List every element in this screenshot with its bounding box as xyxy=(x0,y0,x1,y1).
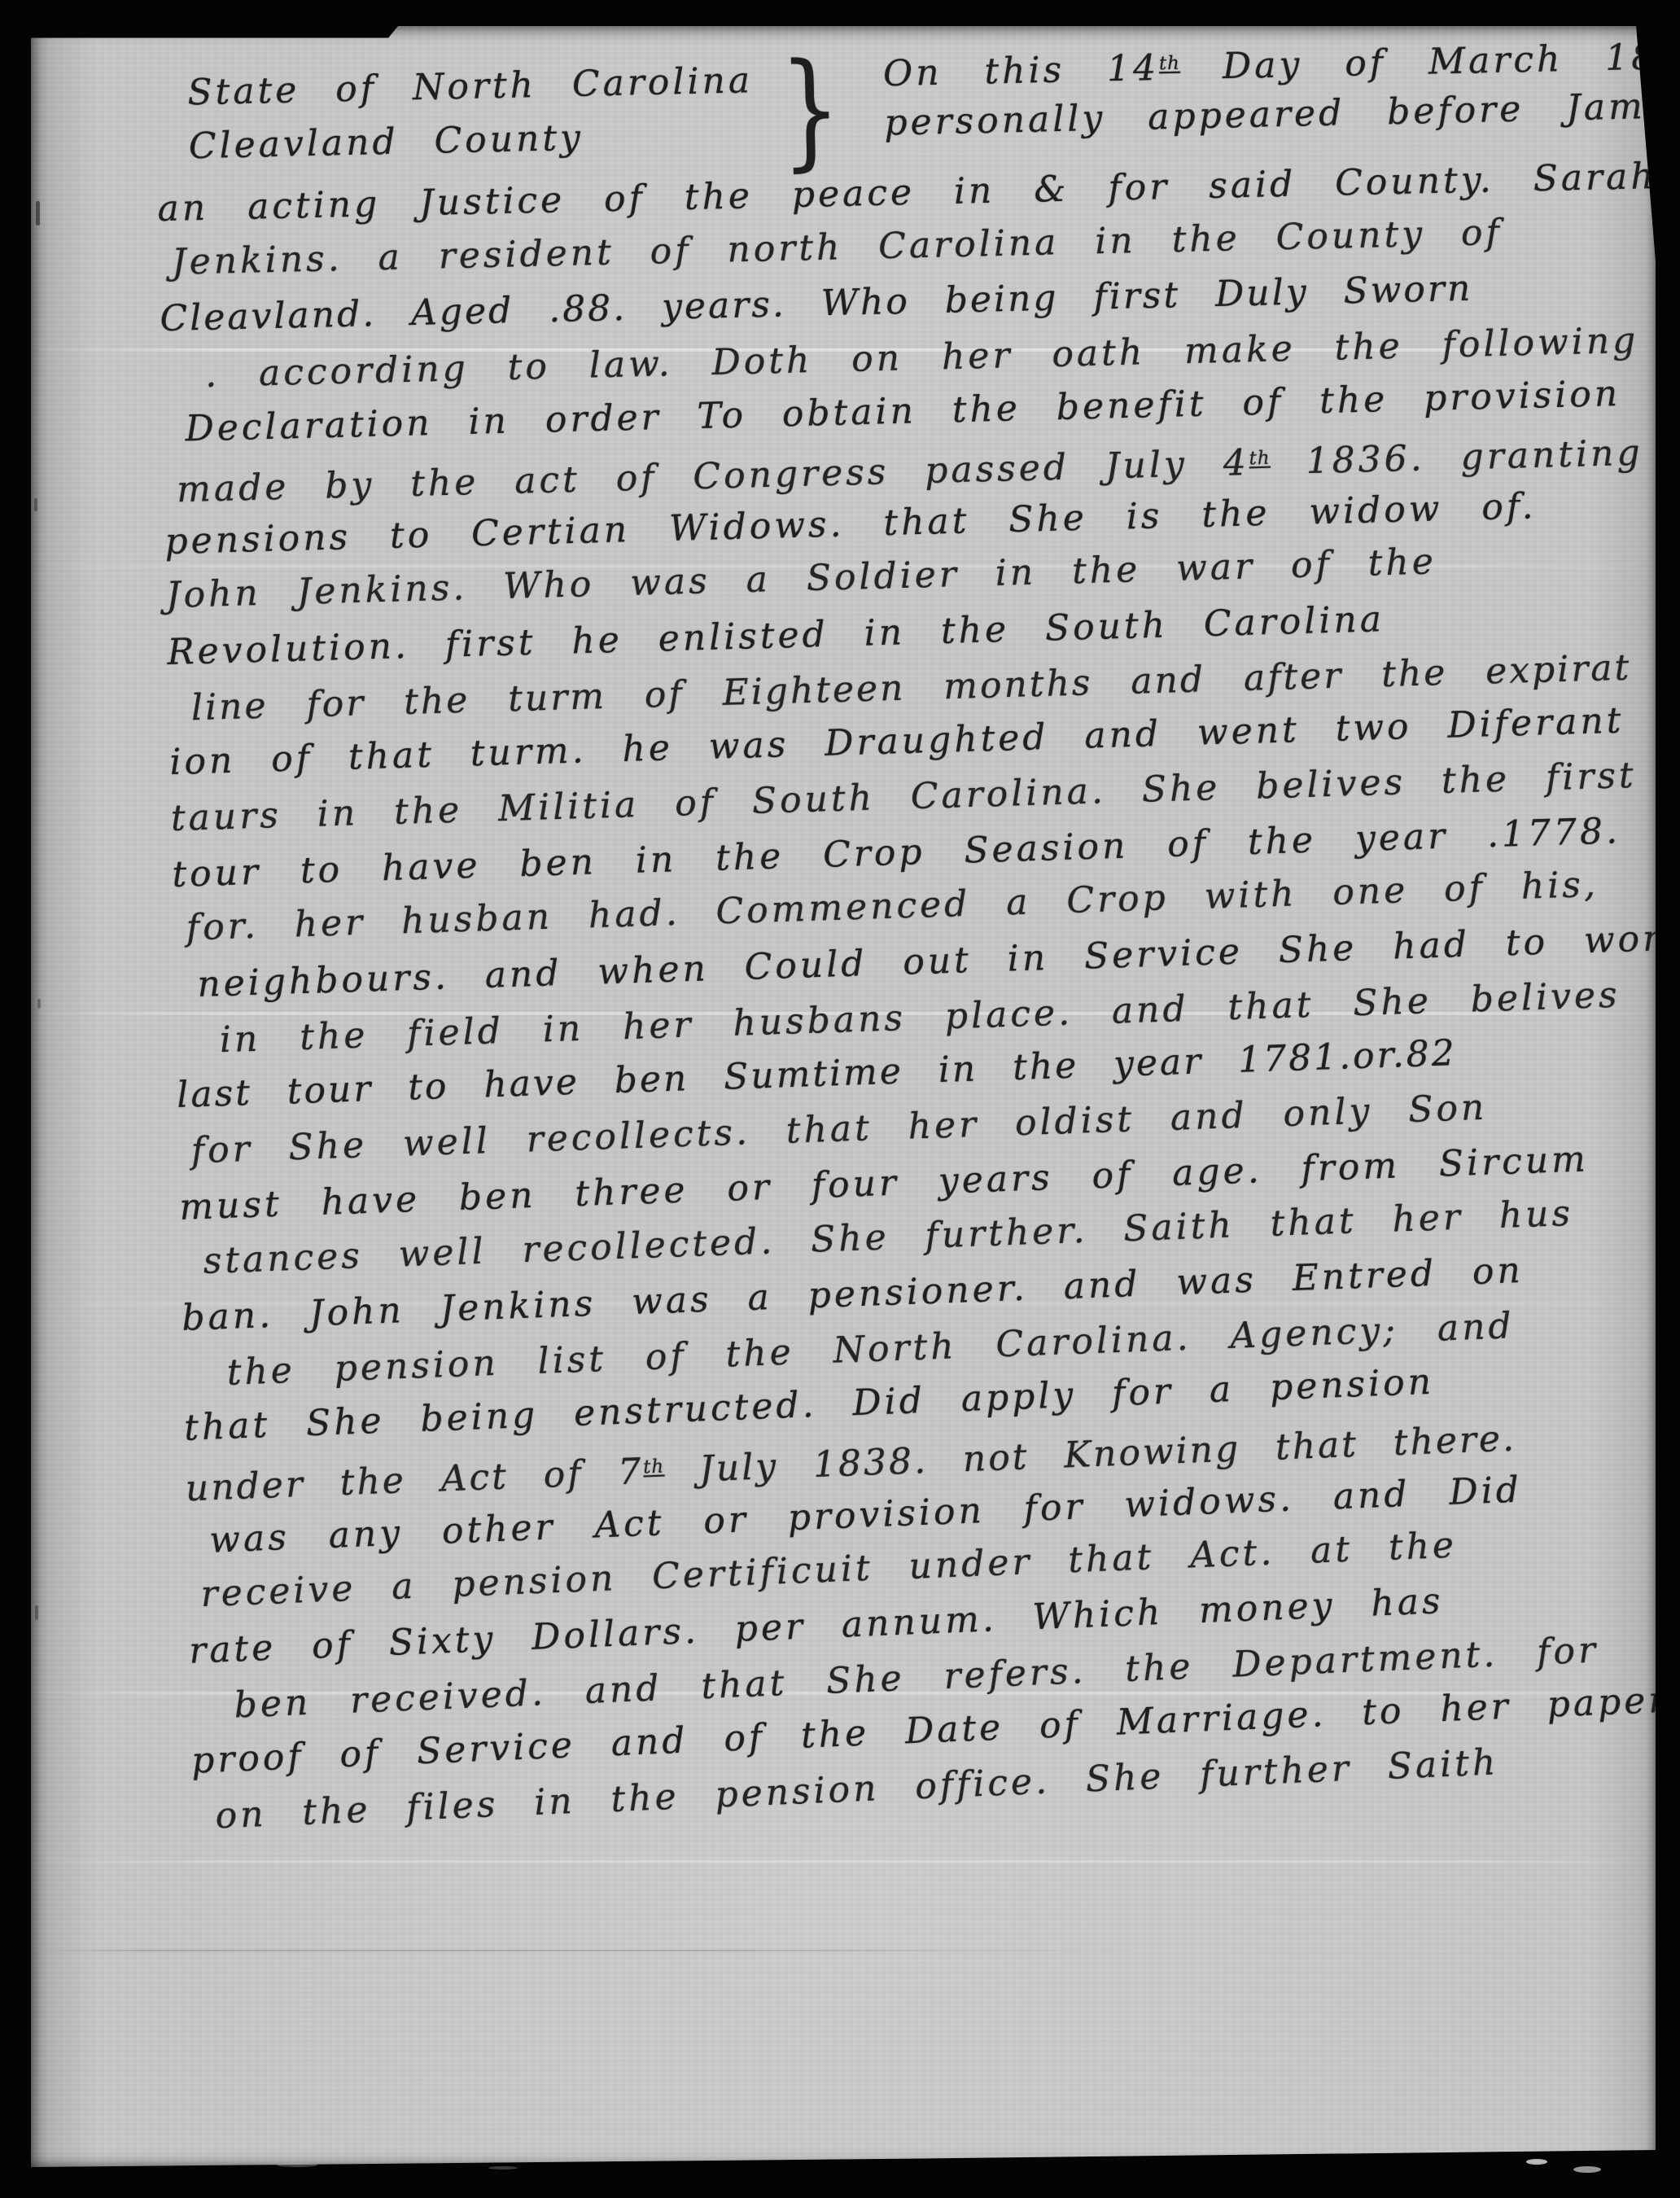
document-lines: an acting Justice of the peace in & for … xyxy=(157,148,1680,1846)
film-fleck xyxy=(1526,2159,1547,2165)
paper-speck xyxy=(36,201,40,225)
header-intro-block: On this 14th Day of March 1842 personall… xyxy=(882,20,1680,150)
film-fleck xyxy=(277,2163,317,2167)
scan-streak xyxy=(31,1950,1168,1951)
curly-brace: } xyxy=(779,55,843,165)
paper-speck xyxy=(37,999,41,1009)
film-fleck xyxy=(1573,2166,1601,2173)
header-county-line: Cleavland County xyxy=(188,107,755,173)
header-place-block: State of North Carolina Cleavland County xyxy=(155,54,755,174)
scanned-document-frame: State of North Carolina Cleavland County… xyxy=(0,0,1680,2198)
paper-speck xyxy=(35,1605,38,1620)
scan-streak xyxy=(31,1860,1656,1863)
film-fleck xyxy=(488,2166,518,2170)
paper-speck xyxy=(34,498,37,511)
handwriting-block: State of North Carolina Cleavland County… xyxy=(155,34,1680,1846)
document-paper: State of North Carolina Cleavland County… xyxy=(31,26,1656,2167)
